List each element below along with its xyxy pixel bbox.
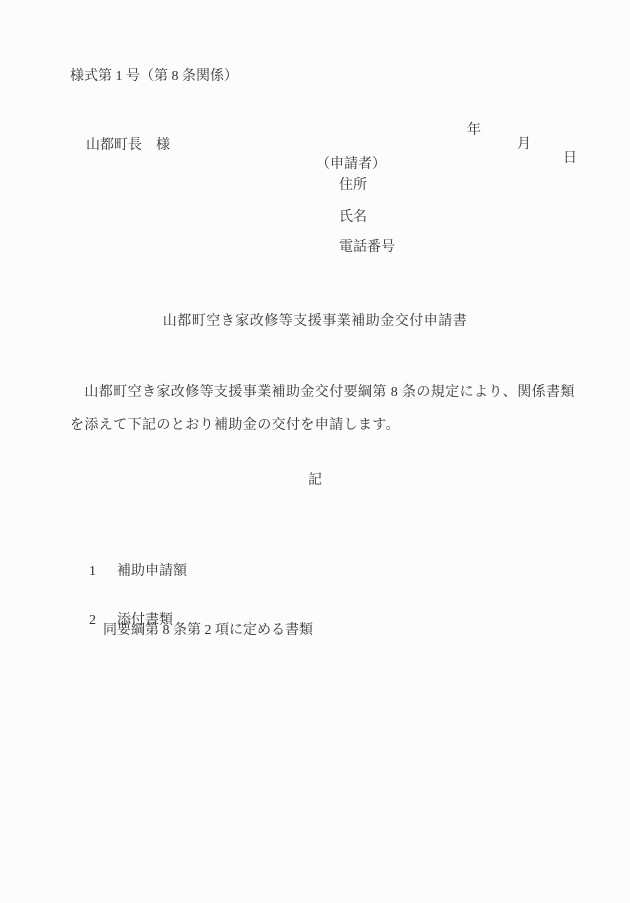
body-paragraph-line-2: を添えて下記のとおり補助金の交付を申請します。 [70, 419, 400, 433]
addressee-line: 山都町長 様 [86, 139, 170, 153]
date-day-label: 日 [563, 152, 577, 166]
date-line: 年 月 日 [0, 110, 630, 124]
form-number-label: 様式第 1 号（第 8 条関係） [70, 70, 238, 84]
list-item-1-number: 1 [89, 565, 117, 579]
applicant-label: （申請者） [316, 158, 386, 172]
applicant-name-label: 氏名 [339, 211, 367, 225]
date-month-label: 月 [517, 138, 531, 152]
applicant-address-label: 住所 [339, 179, 367, 193]
list-item-1-label: 補助申請額 [117, 564, 187, 579]
body-paragraph-line-1: 山都町空き家改修等支援事業補助金交付要綱第 8 条の規定により、関係書類 [70, 386, 575, 400]
record-mark: 記 [0, 474, 630, 488]
applicant-phone-label: 電話番号 [339, 241, 395, 255]
date-year-label: 年 [467, 124, 481, 138]
document-title: 山都町空き家改修等支援事業補助金交付申請書 [0, 315, 630, 329]
document-page: 様式第 1 号（第 8 条関係） 年 月 日 山都町長 様 （申請者） 住所 氏… [0, 0, 630, 903]
list-item-1: 1補助申請額 [75, 551, 187, 593]
list-item-2-sub-text: 同要綱第 8 条第 2 項に定める書類 [103, 624, 313, 638]
